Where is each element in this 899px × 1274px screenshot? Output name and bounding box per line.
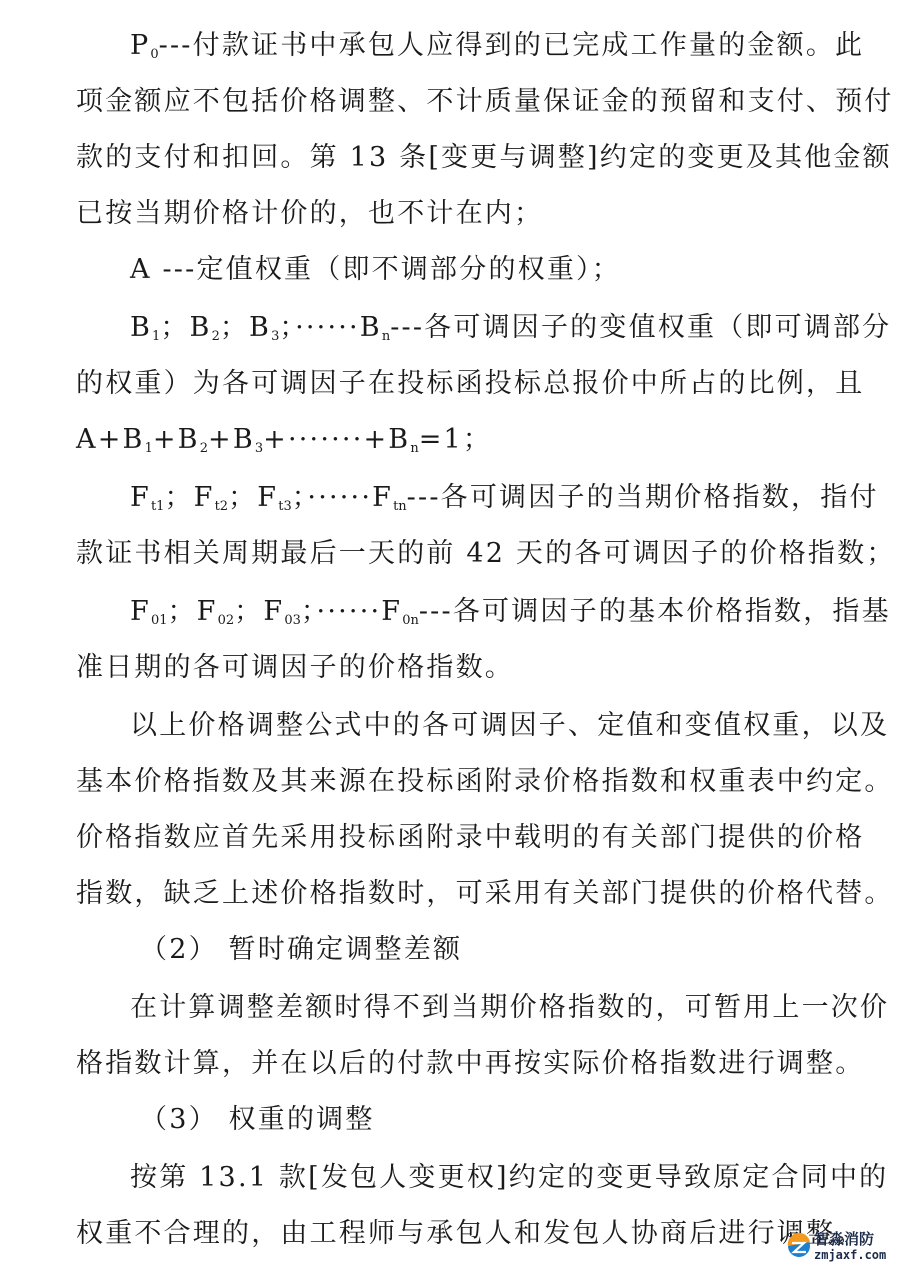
- p0-definition-line-3: 款的支付和扣回。第 13 条[变更与调整]约定的变更及其他金额: [76, 138, 892, 178]
- text: ---各可调因子的当期价格指数，指付: [407, 482, 879, 513]
- para1-line-2: 基本价格指数及其来源在投标函附录价格指数和权重表中约定。: [76, 762, 894, 802]
- subscript: t2: [215, 499, 229, 514]
- b-formula: A+B1+B2+B3+·······+Bn=1；: [76, 420, 492, 469]
- p0-definition-line-4: 已按当期价格计价的，也不计在内；: [76, 194, 543, 234]
- p0-definition-line-2: 项金额应不包括价格调整、不计质量保证金的预留和支付、预付: [76, 82, 894, 122]
- subscript: 2: [212, 329, 220, 344]
- para1-line-3: 价格指数应首先采用投标函附录中载明的有关部门提供的价格: [76, 818, 864, 858]
- subscript: t1: [151, 499, 165, 514]
- text: ；F: [234, 596, 284, 627]
- subscript: t3: [278, 499, 292, 514]
- f0-definition-line-2: 准日期的各可调因子的价格指数。: [76, 648, 514, 688]
- text: ---各可调因子的基本价格指数，指基: [419, 596, 891, 627]
- text: +B: [208, 424, 255, 455]
- text: ；······F: [301, 596, 402, 627]
- text: F: [130, 482, 151, 513]
- para2-line-1: 在计算调整差额时得不到当期价格指数的，可暂用上一次价: [130, 988, 889, 1028]
- p0-definition-line-1: P0---付款证书中承包人应得到的已完成工作量的金额。此: [130, 26, 864, 75]
- brand-logo-icon: [786, 1232, 812, 1258]
- text: ---付款证书中承包人应得到的已完成工作量的金额。此: [159, 30, 865, 61]
- subscript: 0: [150, 47, 158, 62]
- text: ；B: [220, 312, 271, 343]
- subscript: n: [382, 329, 390, 344]
- para1-line-1: 以上价格调整公式中的各可调因子、定值和变值权重，以及: [130, 706, 889, 746]
- subscript: 1: [145, 441, 153, 456]
- text: ---各可调因子的变值权重（即可调部分: [390, 312, 891, 343]
- text: =1；: [419, 424, 492, 455]
- para3-line-1: 按第 13.1 款[发包人变更权]约定的变更导致原定合同中的: [130, 1158, 888, 1198]
- a-definition: A ---定值权重（即不调部分的权重）；: [130, 250, 621, 290]
- text: ；F: [167, 596, 217, 627]
- text: +B: [153, 424, 200, 455]
- subscript: 2: [200, 441, 208, 456]
- b-definition-line-2: 的权重）为各可调因子在投标函投标总报价中所占的比例，且: [76, 364, 864, 404]
- subscript: 0n: [402, 613, 419, 628]
- text: ；F: [228, 482, 278, 513]
- b-definition-line-1: B1；B2；B3；······Bn---各可调因子的变值权重（即可调部分: [130, 308, 891, 357]
- text: ；······B: [279, 312, 381, 343]
- para3-line-2: 权重不合理的，由工程师与承包人和发包人协商后进行调整。: [76, 1214, 864, 1254]
- text: ；F: [164, 482, 214, 513]
- para1-line-4: 指数，缺乏上述价格指数时，可采用有关部门提供的价格代替。: [76, 874, 894, 914]
- para2-line-2: 格指数计算，并在以后的付款中再按实际价格指数进行调整。: [76, 1044, 864, 1084]
- watermark-url: zmjaxf.com: [814, 1248, 886, 1262]
- text: ；B: [160, 312, 211, 343]
- subscript: 3: [255, 441, 263, 456]
- ft-definition-line-1: Ft1；Ft2；Ft3；······Ftn---各可调因子的当期价格指数，指付: [130, 478, 879, 527]
- symbol: P: [130, 30, 150, 61]
- text: B: [130, 312, 152, 343]
- heading-3: （3） 权重的调整: [140, 1100, 375, 1140]
- ft-definition-line-2: 款证书相关周期最后一天的前 42 天的各可调因子的价格指数；: [76, 534, 896, 574]
- subscript: 01: [151, 613, 168, 628]
- text: F: [130, 596, 151, 627]
- subscript: 03: [284, 613, 301, 628]
- watermark-name: 智淼消防: [814, 1228, 874, 1249]
- heading-2: （2） 暂时确定调整差额: [140, 930, 462, 970]
- subscript: n: [410, 441, 418, 456]
- text: A+B: [76, 424, 145, 455]
- text: ；······F: [292, 482, 393, 513]
- subscript: tn: [393, 499, 407, 514]
- watermark: 智淼消防 zmjaxf.com: [786, 1226, 896, 1270]
- subscript: 02: [218, 613, 235, 628]
- text: +·······+B: [263, 424, 410, 455]
- f0-definition-line-1: F01；F02；F03；······F0n---各可调因子的基本价格指数，指基: [130, 592, 891, 641]
